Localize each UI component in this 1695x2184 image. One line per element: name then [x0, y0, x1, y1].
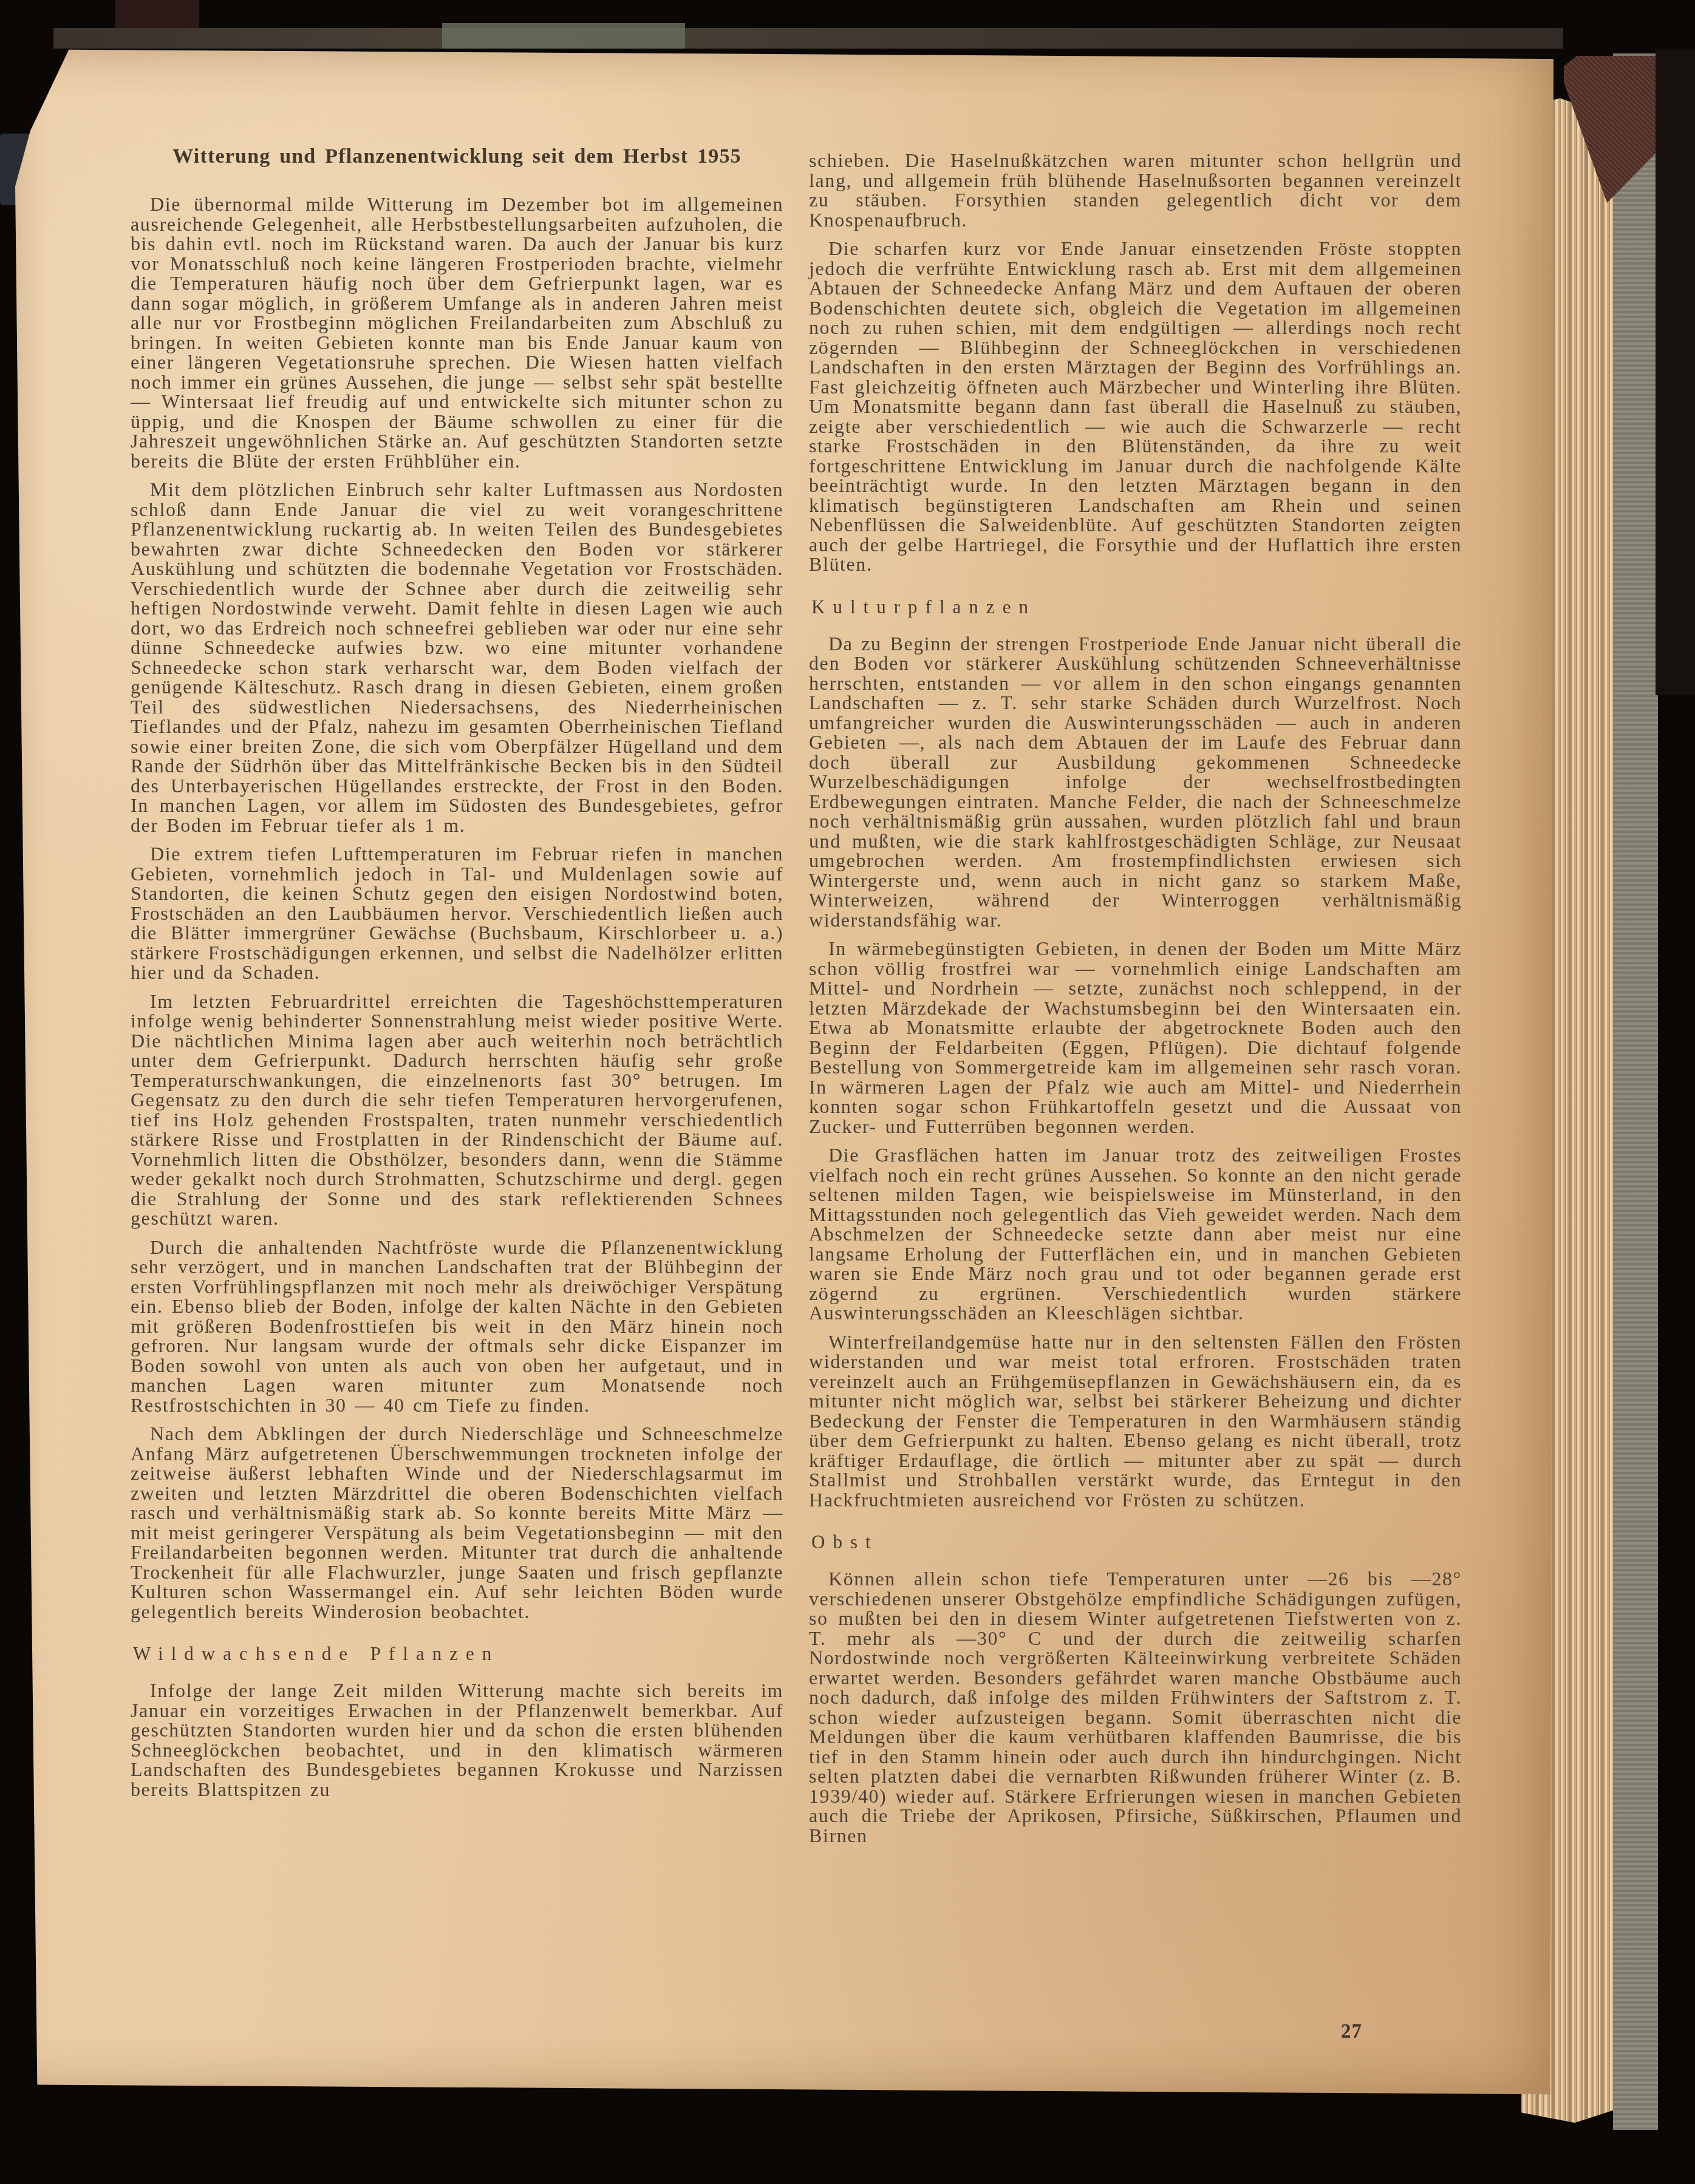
section-heading-obst: Obst	[809, 1531, 1462, 1553]
paragraph-frost-stopped-development: Die scharfen kurz vor Ende Januar einset…	[809, 239, 1462, 574]
section-heading-kulturpflanzen: Kulturpflanzen	[809, 596, 1462, 618]
paragraph-growth-begin-march: In wärmebegünstigten Gebieten, in denen …	[809, 939, 1462, 1136]
paragraph-cold-air-january: Mit dem plötzlichen Einbruch sehr kalter…	[131, 480, 783, 835]
page-paper: Witterung und Pflanzenentwicklung seit d…	[13, 43, 1555, 2096]
left-column: Witterung und Pflanzenentwicklung seit d…	[131, 145, 783, 1808]
book-binding-edge	[53, 28, 1563, 49]
paragraph-february-temperatures: Die extrem tiefen Lufttemperaturen im Fe…	[131, 844, 783, 982]
section-heading-wildwachsende-pflanzen: Wildwachsende Pflanzen	[131, 1643, 783, 1665]
book-cover-felt-edge	[1613, 53, 1658, 2130]
paragraph-grassland: Die Grasflächen hatten im Januar trotz d…	[809, 1145, 1462, 1323]
paragraph-march-drying: Nach dem Abklingen der durch Niederschlä…	[131, 1424, 783, 1621]
paragraph-hazel-catkins: schieben. Die Haselnußkätzchen waren mit…	[809, 151, 1462, 230]
binding-tape	[442, 23, 685, 49]
cover-mark-top-left	[115, 0, 199, 28]
book-scan: Witterung und Pflanzenentwicklung seit d…	[0, 0, 1695, 2184]
page-number: 27	[1341, 2021, 1362, 2043]
paragraph-night-frosts: Durch die anhaltenden Nachtfröste wurde …	[131, 1237, 783, 1415]
paragraph-february-last-third: Im letzten Februardrittel erreichten die…	[131, 992, 783, 1228]
article-title: Witterung und Pflanzenentwicklung seit d…	[131, 145, 783, 169]
scanner-background-panel	[1656, 49, 1695, 695]
paragraph-root-frost-damage: Da zu Beginn der strengen Frostperiode E…	[809, 634, 1462, 930]
paragraph-winter-vegetables: Winterfreilandgemüse hatte nur in den se…	[809, 1332, 1462, 1510]
paragraph-weather-december: Die übernormal milde Witterung im Dezemb…	[131, 194, 783, 471]
paragraph-early-awakening: Infolge der lange Zeit milden Witterung …	[131, 1681, 783, 1799]
right-column: schieben. Die Haselnußkätzchen waren mit…	[809, 151, 1462, 1854]
paragraph-fruit-trees: Können allein schon tiefe Temperaturen u…	[809, 1569, 1462, 1845]
